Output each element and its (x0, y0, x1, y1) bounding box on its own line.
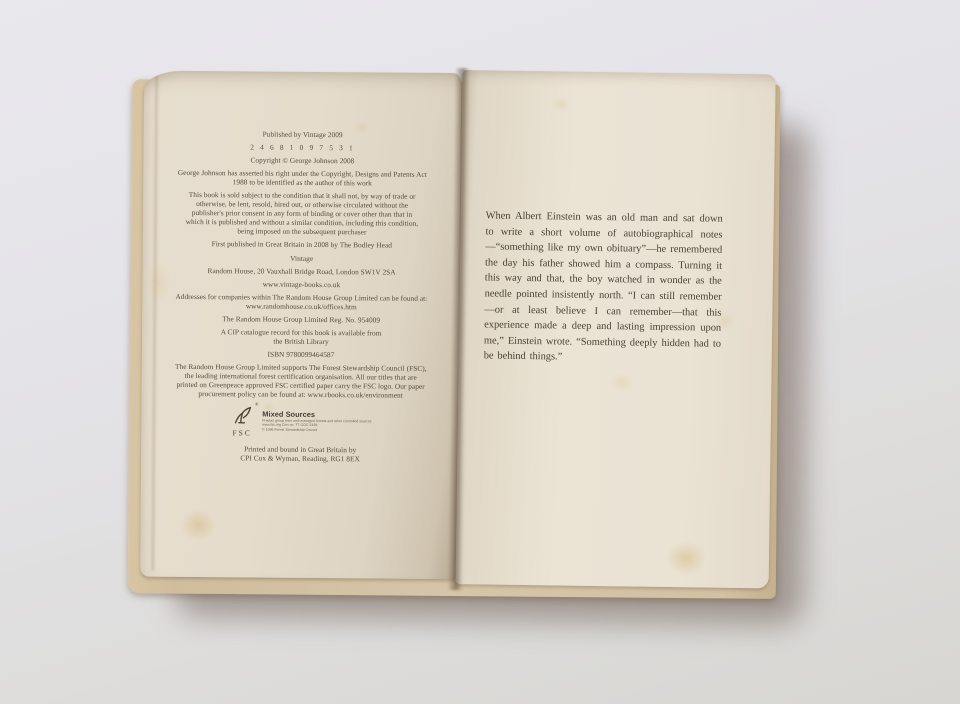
stain (180, 509, 216, 541)
copyright-line: Copyright © George Johnson 2008 (176, 155, 428, 166)
photo-of-open-book: Published by Vintage 2009 2 4 6 8 1 0 9 … (0, 0, 960, 704)
isbn-line: ISBN 9780099464587 (175, 349, 427, 360)
colophon-text-block: Published by Vintage 2009 2 4 6 8 1 0 9 … (174, 129, 429, 464)
opening-paragraph: When Albert Einstein was an old man and … (484, 208, 723, 367)
cip-record-note: A CIP catalogue record for this book is … (216, 327, 386, 346)
fsc-logo: ® FSC (229, 404, 255, 437)
group-addresses-note: Addresses for companies within The Rando… (175, 292, 427, 312)
left-page-copyright: Published by Vintage 2009 2 4 6 8 1 0 9 … (140, 71, 461, 579)
stain (552, 97, 570, 111)
publisher-address: Random House, 20 Vauxhall Bridge Road, L… (207, 266, 397, 277)
conditions-notice: This book is sold subject to the conditi… (184, 190, 420, 237)
fsc-logo-block: ® FSC Mixed Sources Product group from w… (220, 404, 380, 438)
first-published-line: First published in Great Britain in 2008… (197, 240, 407, 251)
publisher-website: www.vintage-books.co.uk (175, 278, 427, 289)
registered-trademark-symbol: ® (255, 402, 259, 408)
company-registration-line: The Random House Group Limited Reg. No. … (175, 314, 427, 325)
stain (146, 261, 170, 305)
printer-line-2: CPI Cox & Wyman, Reading, RG1 8EX (174, 453, 426, 464)
stain (608, 372, 634, 392)
print-number-line: 2 4 6 8 1 0 9 7 5 3 1 (177, 142, 429, 153)
open-book: Published by Vintage 2009 2 4 6 8 1 0 9 … (124, 61, 784, 614)
publisher-line: Published by Vintage 2009 (177, 129, 429, 140)
fsc-label-text: Mixed Sources Product group from well-ma… (262, 410, 371, 432)
rights-notice: George Johnson has asserted his right un… (176, 168, 428, 188)
fsc-acronym: FSC (229, 429, 255, 437)
imprint-name: Vintage (176, 252, 428, 263)
page-crease (151, 75, 158, 571)
right-page-opening: When Albert Einstein was an old man and … (456, 70, 776, 588)
fsc-fine-print-3: © 1996 Forest Stewardship Council (262, 427, 371, 432)
stain (666, 541, 706, 576)
fsc-tree-icon (231, 404, 253, 426)
fsc-statement: The Random House Group Limited supports … (175, 362, 427, 400)
